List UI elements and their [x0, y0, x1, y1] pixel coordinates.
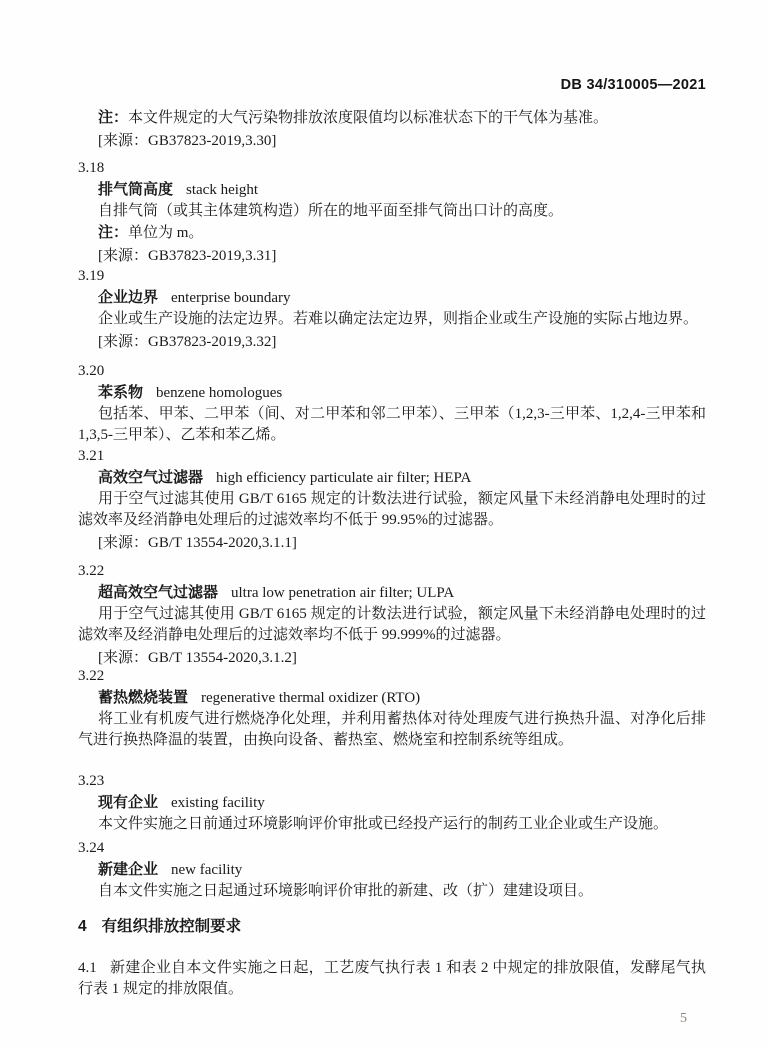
term-english: regenerative thermal oxidizer (RTO) — [201, 690, 420, 706]
note-label: 注： — [98, 224, 128, 241]
clause-number: 3.24 — [78, 838, 706, 859]
term-entry-3-21: 3.21 高效空气过滤器high efficiency particulate … — [78, 446, 706, 554]
term-english: high efficiency particulate air filter; … — [216, 470, 471, 486]
clause-number: 3.20 — [78, 361, 706, 382]
term-chinese: 苯系物 — [98, 384, 143, 401]
source-line: [来源：GB/T 13554-2020,3.1.1] — [78, 533, 706, 554]
section-4-heading: 4有组织排放控制要求 — [78, 916, 706, 937]
note-text: 本文件规定的大气污染物排放浓度限值均以标准状态下的干气体为基准。 — [128, 110, 608, 126]
clause-number: 3.19 — [78, 266, 706, 287]
term-entry-3-22-ulpa: 3.22 超高效空气过滤器ultra low penetration air f… — [78, 561, 706, 669]
term-chinese: 企业边界 — [98, 289, 158, 306]
term-entry-3-24: 3.24 新建企业new facility 自本文件实施之日起通过环境影响评价审… — [78, 838, 706, 902]
term-chinese: 高效空气过滤器 — [98, 469, 203, 486]
term-line: 现有企业existing facility — [78, 792, 706, 814]
definition: 将工业有机废气进行燃烧净化处理，并利用蓄热体对待处理废气进行换热升温、对净化后排… — [78, 709, 706, 751]
term-chinese: 现有企业 — [98, 794, 158, 811]
standard-number-header: DB 34/310005—2021 — [561, 77, 706, 93]
section-number: 4 — [78, 918, 87, 935]
definition: 自排气筒（或其主体建筑构造）所在的地平面至排气筒出口计的高度。 — [78, 201, 706, 222]
term-english: ultra low penetration air filter; ULPA — [231, 585, 454, 601]
definition: 用于空气过滤其使用 GB/T 6165 规定的计数法进行试验，额定风量下未经消静… — [78, 489, 706, 531]
term-entry-3-19: 3.19 企业边界enterprise boundary 企业或生产设施的法定边… — [78, 266, 706, 353]
note-label: 注： — [98, 109, 128, 126]
term-line: 苯系物benzene homologues — [78, 382, 706, 404]
term-english: stack height — [186, 182, 258, 198]
clause-number: 3.22 — [78, 561, 706, 582]
term-line: 排气筒高度stack height — [78, 179, 706, 201]
definition: 用于空气过滤其使用 GB/T 6165 规定的计数法进行试验，额定风量下未经消静… — [78, 604, 706, 646]
section-title: 有组织排放控制要求 — [102, 918, 242, 935]
page-number: 5 — [680, 1008, 687, 1029]
term-line: 新建企业new facility — [78, 859, 706, 881]
note-text: 单位为 m。 — [128, 225, 203, 241]
source-line: [来源：GB37823-2019,3.31] — [78, 246, 706, 267]
definition: 企业或生产设施的法定边界。若难以确定法定边界，则指企业或生产设施的实际占地边界。 — [78, 309, 706, 330]
clause-number: 3.18 — [78, 158, 706, 179]
document-page: DB 34/310005—2021 注：本文件规定的大气污染物排放浓度限值均以标… — [0, 0, 768, 1048]
clause-number: 4.1 — [78, 960, 97, 976]
term-entry-3-22-rto: 3.22 蓄热燃烧装置regenerative thermal oxidizer… — [78, 666, 706, 751]
term-english: new facility — [171, 862, 242, 878]
term-chinese: 蓄热燃烧装置 — [98, 689, 188, 706]
term-line: 蓄热燃烧装置regenerative thermal oxidizer (RTO… — [78, 687, 706, 709]
term-english: benzene homologues — [156, 385, 282, 401]
term-line: 超高效空气过滤器ultra low penetration air filter… — [78, 582, 706, 604]
clause-paragraph: 4.1新建企业自本文件实施之日起，工艺废气执行表 1 和表 2 中规定的排放限值… — [78, 958, 706, 1000]
term-entry-3-20: 3.20 苯系物benzene homologues 包括苯、甲苯、二甲苯（间、… — [78, 361, 706, 446]
clause-number: 3.23 — [78, 771, 706, 792]
definition: 本文件实施之日前通过环境影响评价审批或已经投产运行的制药工业企业或生产设施。 — [78, 814, 706, 835]
term-chinese: 排气筒高度 — [98, 181, 173, 198]
term-line: 高效空气过滤器high efficiency particulate air f… — [78, 467, 706, 489]
term-english: enterprise boundary — [171, 290, 291, 306]
term-entry-3-18: 3.18 排气筒高度stack height 自排气筒（或其主体建筑构造）所在的… — [78, 158, 706, 267]
clause-text: 新建企业自本文件实施之日起，工艺废气执行表 1 和表 2 中规定的排放限值，发酵… — [78, 960, 706, 997]
source-line: [来源：GB37823-2019,3.32] — [78, 332, 706, 353]
term-chinese: 新建企业 — [98, 861, 158, 878]
clause-number: 3.21 — [78, 446, 706, 467]
term-entry-3-23: 3.23 现有企业existing facility 本文件实施之日前通过环境影… — [78, 771, 706, 835]
note-line: 注：单位为 m。 — [78, 222, 706, 244]
clause-number: 3.22 — [78, 666, 706, 687]
clause-4-1: 4.1新建企业自本文件实施之日起，工艺废气执行表 1 和表 2 中规定的排放限值… — [78, 958, 706, 1000]
term-line: 企业边界enterprise boundary — [78, 287, 706, 309]
definition: 自本文件实施之日起通过环境影响评价审批的新建、改（扩）建建设项目。 — [78, 881, 706, 902]
intro-note-block: 注：本文件规定的大气污染物排放浓度限值均以标准状态下的干气体为基准。 [来源：G… — [78, 107, 706, 152]
note-line: 注：本文件规定的大气污染物排放浓度限值均以标准状态下的干气体为基准。 — [78, 107, 706, 129]
definition: 包括苯、甲苯、二甲苯（间、对二甲苯和邻二甲苯）、三甲苯（1,2,3-三甲苯、1,… — [78, 404, 706, 446]
term-english: existing facility — [171, 795, 265, 811]
source-line: [来源：GB37823-2019,3.30] — [78, 131, 706, 152]
term-chinese: 超高效空气过滤器 — [98, 584, 218, 601]
